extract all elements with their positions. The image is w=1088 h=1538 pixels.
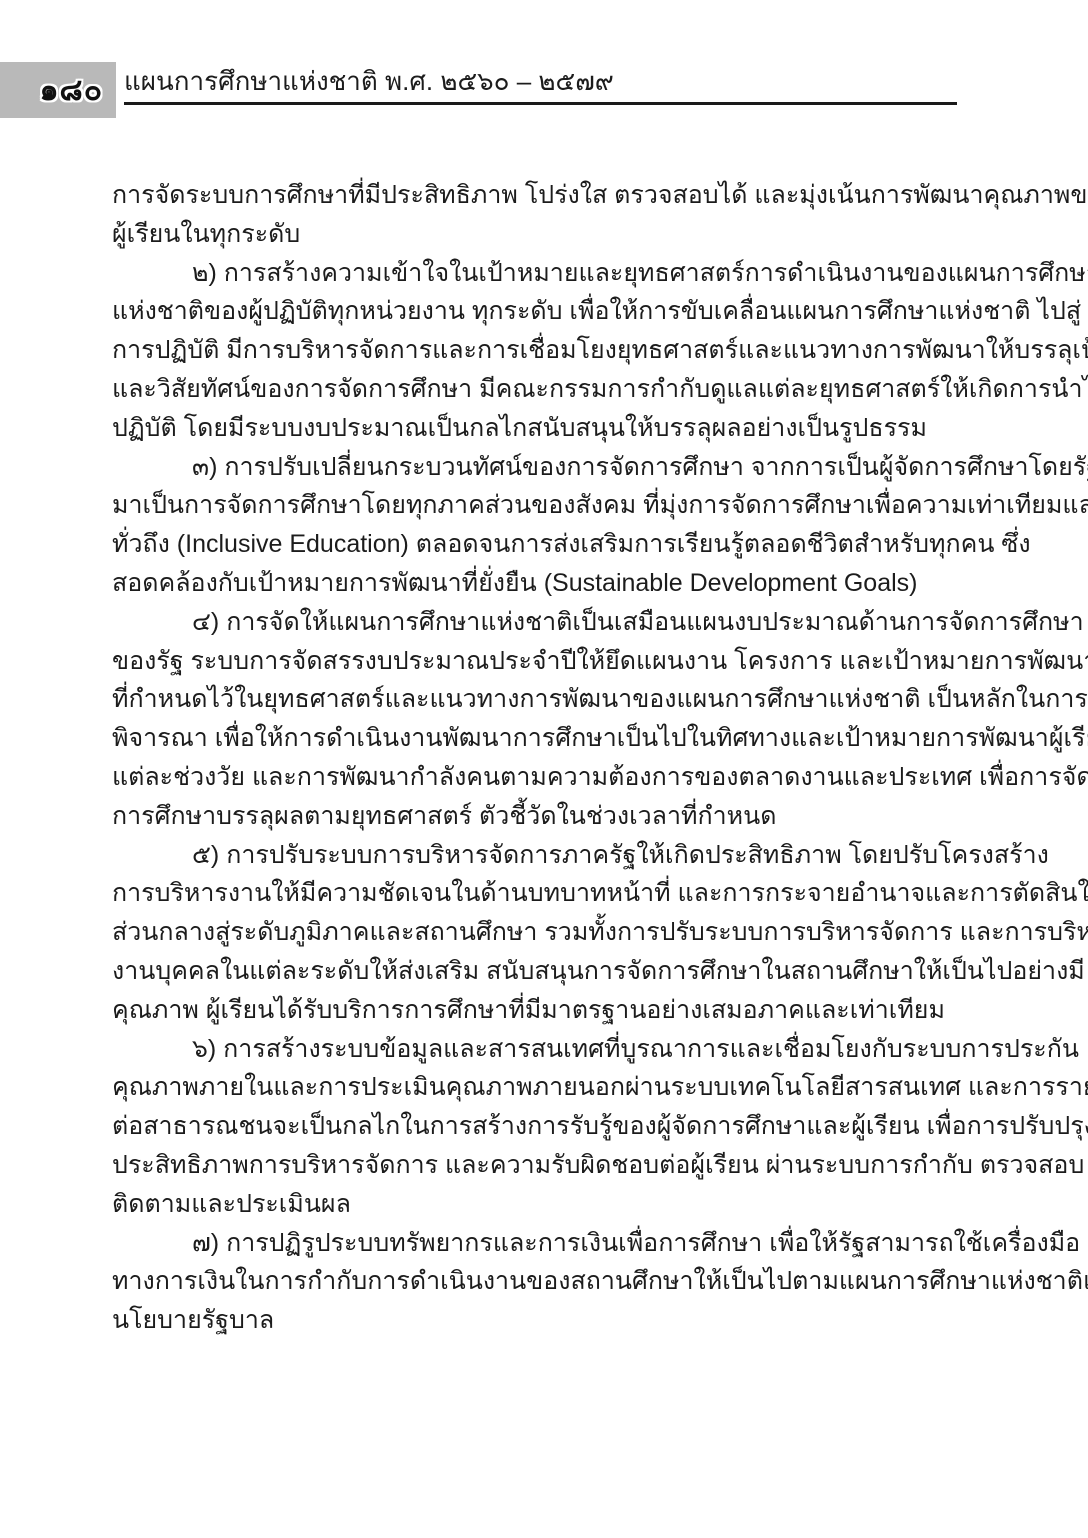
text-line: มาเป็นการจัดการศึกษาโดยทุกภาคส่วนของสังค… [112, 486, 958, 525]
text-line: และวิสัยทัศน์ของการจัดการศึกษา มีคณะกรรม… [112, 370, 958, 409]
text-line: พิจารณา เพื่อให้การดำเนินงานพัฒนาการศึกษ… [112, 719, 958, 758]
text-line: ทั่วถึง (Inclusive Education) ตลอดจนการส… [112, 525, 958, 564]
text-line: ๖) การสร้างระบบข้อมูลและสารสนเทศที่บูรณา… [112, 1030, 958, 1069]
document-page: ๑๘๐ แผนการศึกษาแห่งชาติ พ.ศ. ๒๕๖๐ – ๒๕๗๙… [0, 0, 1088, 1538]
document-body: การจัดระบบการศึกษาที่มีประสิทธิภาพ โปร่ง… [112, 176, 958, 1340]
text-line: แห่งชาติของผู้ปฏิบัติทุกหน่วยงาน ทุกระดั… [112, 292, 958, 331]
paragraph: ๒) การสร้างความเข้าใจในเป้าหมายและยุทธศา… [112, 254, 958, 448]
text-line: ที่กำหนดไว้ในยุทธศาสตร์และแนวทางการพัฒนา… [112, 680, 958, 719]
text-line: การจัดระบบการศึกษาที่มีประสิทธิภาพ โปร่ง… [112, 176, 958, 215]
text-line: การศึกษาบรรลุผลตามยุทธศาสตร์ ตัวชี้วัดใน… [112, 797, 958, 836]
text-line: คุณภาพ ผู้เรียนได้รับบริการการศึกษาที่มี… [112, 991, 958, 1030]
paragraph: ๕) การปรับระบบการบริหารจัดการภาครัฐให้เก… [112, 836, 958, 1030]
paragraph: ๔) การจัดให้แผนการศึกษาแห่งชาติเป็นเสมือ… [112, 603, 958, 836]
header-rule [124, 102, 957, 105]
text-line: ประสิทธิภาพการบริหารจัดการ และความรับผิด… [112, 1146, 958, 1185]
text-line: ๔) การจัดให้แผนการศึกษาแห่งชาติเป็นเสมือ… [112, 603, 958, 642]
text-line: คุณภาพภายในและการประเมินคุณภาพภายนอกผ่าน… [112, 1068, 958, 1107]
text-line: ๓) การปรับเปลี่ยนกระบวนทัศน์ของการจัดการ… [112, 448, 958, 487]
text-line: ปฏิบัติ โดยมีระบบงบประมาณเป็นกลไกสนับสนุ… [112, 409, 958, 448]
text-line: ๕) การปรับระบบการบริหารจัดการภาครัฐให้เก… [112, 836, 958, 875]
page-number-badge: ๑๘๐ [0, 62, 116, 118]
paragraph: การจัดระบบการศึกษาที่มีประสิทธิภาพ โปร่ง… [112, 176, 958, 254]
text-line: การปฏิบัติ มีการบริหารจัดการและการเชื่อม… [112, 331, 958, 370]
paragraph: ๖) การสร้างระบบข้อมูลและสารสนเทศที่บูรณา… [112, 1030, 958, 1224]
page-title: แผนการศึกษาแห่งชาติ พ.ศ. ๒๕๖๐ – ๒๕๗๙ [124, 64, 614, 98]
text-line: ต่อสาธารณชนจะเป็นกลไกในการสร้างการรับรู้… [112, 1107, 958, 1146]
text-line: ทางการเงินในการกำกับการดำเนินงานของสถานศ… [112, 1262, 958, 1301]
text-line: ส่วนกลางสู่ระดับภูมิภาคและสถานศึกษา รวมท… [112, 913, 958, 952]
text-line: งานบุคคลในแต่ละระดับให้ส่งเสริม สนับสนุน… [112, 952, 958, 991]
page-number: ๑๘๐ [40, 67, 104, 114]
text-line: ผู้เรียนในทุกระดับ [112, 215, 958, 254]
text-line: สอดคล้องกับเป้าหมายการพัฒนาที่ยั่งยืน (S… [112, 564, 958, 603]
text-line: ๒) การสร้างความเข้าใจในเป้าหมายและยุทธศา… [112, 254, 958, 293]
text-line: นโยบายรัฐบาล [112, 1301, 958, 1340]
text-line: ของรัฐ ระบบการจัดสรรงบประมาณประจำปีให้ยึ… [112, 642, 958, 681]
paragraph: ๗) การปฏิรูประบบทรัพยากรและการเงินเพื่อก… [112, 1224, 958, 1340]
text-line: ๗) การปฏิรูประบบทรัพยากรและการเงินเพื่อก… [112, 1224, 958, 1263]
text-line: ติดตามและประเมินผล [112, 1185, 958, 1224]
paragraph: ๓) การปรับเปลี่ยนกระบวนทัศน์ของการจัดการ… [112, 448, 958, 603]
text-line: การบริหารงานให้มีความชัดเจนในด้านบทบาทหน… [112, 874, 958, 913]
text-line: แต่ละช่วงวัย และการพัฒนากำลังคนตามความต้… [112, 758, 958, 797]
